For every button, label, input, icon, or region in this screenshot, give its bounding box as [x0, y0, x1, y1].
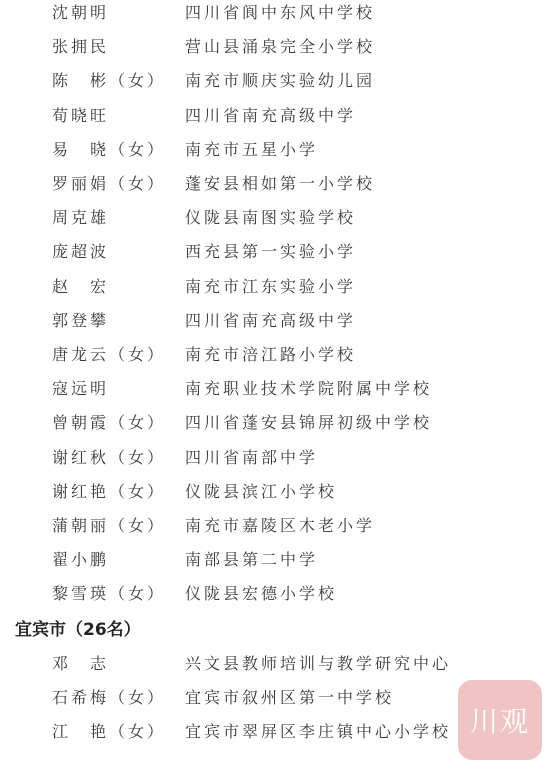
institution-name: 仪陇县宏德小学校 — [185, 581, 337, 607]
list-item: 荀晓旺四川省南充高级中学 — [0, 103, 550, 137]
list-item: 寇远明南充职业技术学院附属中学校 — [0, 376, 550, 410]
person-name: 谢红秋（女） — [52, 445, 166, 471]
chuanguan-logo-watermark: 川观 — [458, 680, 542, 760]
person-name: 沈朝明 — [52, 0, 109, 26]
institution-name: 南部县第二中学 — [185, 547, 318, 573]
list-item: 张拥民营山县涌泉完全小学校 — [0, 34, 550, 68]
institution-name: 四川省南部中学 — [185, 445, 318, 471]
list-item: 谢红秋（女）四川省南部中学 — [0, 445, 550, 479]
institution-name: 南充市顺庆实验幼儿园 — [185, 68, 375, 94]
list-item: 陈 彬（女）南充市顺庆实验幼儿园 — [0, 68, 550, 102]
list-item: 黎雪瑛（女）仪陇县宏德小学校 — [0, 581, 550, 615]
person-name: 曾朝霞（女） — [52, 410, 166, 436]
list-item: 易 晓（女）南充市五星小学 — [0, 137, 550, 171]
person-name: 唐龙云（女） — [52, 342, 166, 368]
institution-name: 蓬安县相如第一小学校 — [185, 171, 375, 197]
institution-name: 宜宾市叙州区第一中学校 — [185, 685, 394, 711]
person-name: 翟小鹏 — [52, 547, 109, 573]
institution-name: 仪陇县南图实验学校 — [185, 205, 356, 231]
institution-name: 四川省阆中东风中学校 — [185, 0, 375, 26]
person-name: 寇远明 — [52, 376, 109, 402]
list-item: 曾朝霞（女）四川省蓬安县锦屏初级中学校 — [0, 410, 550, 444]
institution-name: 南充市江东实验小学 — [185, 274, 356, 300]
watermark-text: 川观 — [470, 700, 530, 740]
institution-name: 四川省南充高级中学 — [185, 103, 356, 129]
list-item: 赵 宏南充市江东实验小学 — [0, 274, 550, 308]
list-item: 庞超波西充县第一实验小学 — [0, 239, 550, 273]
list-item: 蒲朝丽（女）南充市嘉陵区木老小学 — [0, 513, 550, 547]
institution-name: 兴文县教师培训与教学研究中心 — [185, 651, 451, 677]
institution-name: 四川省蓬安县锦屏初级中学校 — [185, 410, 432, 436]
institution-name: 南充市涪江路小学校 — [185, 342, 356, 368]
list-item: 周克雄仪陇县南图实验学校 — [0, 205, 550, 239]
person-name: 周克雄 — [52, 205, 109, 231]
institution-name: 南充市嘉陵区木老小学 — [185, 513, 375, 539]
person-name: 郭登攀 — [52, 308, 109, 334]
institution-name: 四川省南充高级中学 — [185, 308, 356, 334]
institution-name: 宜宾市翠屏区李庄镇中心小学校 — [185, 719, 451, 745]
person-name: 易 晓（女） — [52, 137, 166, 163]
person-name: 庞超波 — [52, 239, 109, 265]
institution-name: 南充市五星小学 — [185, 137, 318, 163]
person-name: 谢红艳（女） — [52, 479, 166, 505]
list-item: 罗丽娟（女）蓬安县相如第一小学校 — [0, 171, 550, 205]
list-item: 唐龙云（女）南充市涪江路小学校 — [0, 342, 550, 376]
person-name: 张拥民 — [52, 34, 109, 60]
person-name: 黎雪瑛（女） — [52, 581, 166, 607]
institution-name: 仪陇县滨江小学校 — [185, 479, 337, 505]
list-item: 谢红艳（女）仪陇县滨江小学校 — [0, 479, 550, 513]
institution-name: 西充县第一实验小学 — [185, 239, 356, 265]
person-name: 荀晓旺 — [52, 103, 109, 129]
person-name: 赵 宏 — [52, 274, 109, 300]
person-name: 石希梅（女） — [52, 685, 166, 711]
person-name: 罗丽娟（女） — [52, 171, 166, 197]
person-name: 蒲朝丽（女） — [52, 513, 166, 539]
list-item: 郭登攀四川省南充高级中学 — [0, 308, 550, 342]
list-item: 沈朝明四川省阆中东风中学校 — [0, 0, 550, 34]
list-item: 翟小鹏南部县第二中学 — [0, 547, 550, 581]
section-header-yibin: 宜宾市（26名） — [15, 617, 141, 643]
institution-name: 营山县涌泉完全小学校 — [185, 34, 375, 60]
person-name: 江 艳（女） — [52, 719, 166, 745]
institution-name: 南充职业技术学院附属中学校 — [185, 376, 432, 402]
person-name: 陈 彬（女） — [52, 68, 166, 94]
person-name: 邓 志 — [52, 651, 109, 677]
